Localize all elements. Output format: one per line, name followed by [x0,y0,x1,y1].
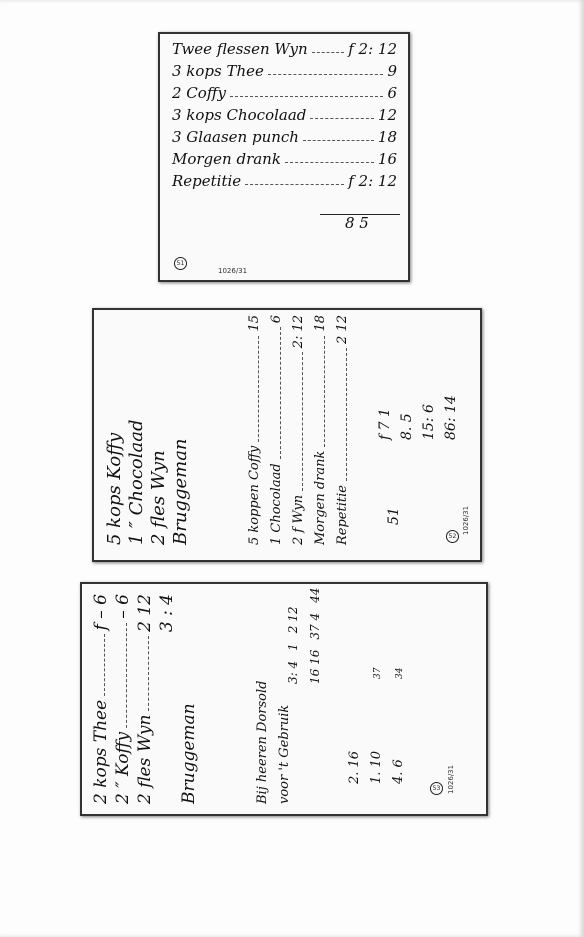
leader-dots [134,636,149,711]
line-item: Repetitief 2: 12 [172,170,397,192]
leader-dots [266,327,281,459]
line-item: 2 fles Wyn2 12 [134,594,156,804]
item-label: Repetitie [332,485,354,545]
leader-dots [312,38,345,53]
text-line: 2 12 [282,607,304,634]
item-amount: f – 6 [90,594,112,630]
receipt-calc-3: 3734 [367,619,411,679]
leader-dots [245,170,344,185]
line-item: 1 Chocolaad6 [266,315,288,545]
item-amount: f 2: 12 [348,38,397,60]
item-label: 5 koppen Coffy [244,446,266,545]
receipt-left-column: 2 kops Theef – 62 ″ Koffy– 62 fles Wyn2 … [90,594,200,804]
text-line: 44 – [304,582,326,603]
leader-dots [244,336,259,442]
receipt-item-list: 5 koppen Coffy151 Chocolaad62 f Wyn2: 12… [244,315,354,545]
text-line: Bruggeman [170,315,192,545]
item-amount: 16 [378,148,397,170]
receipt-number: 51 [174,257,187,270]
receipt-sums: f 7 18. 515: 686: 14 [374,320,462,440]
line-item: 2 ″ Koffy– 6 [112,594,134,804]
item-amount: 2 12 [134,594,156,632]
text-line: 4. 6 [388,704,410,784]
line-item: Bruggeman [178,594,200,804]
line-item: 5 koppen Coffy15 [244,315,266,545]
text-line: 5 kops Koffy [104,315,126,545]
archive-ref: 1026/31 [218,267,247,275]
text-line: 15: 6 [418,320,440,440]
receipt-51: Twee flessen Wynf 2: 123 kops Thee92 Cof… [158,32,410,282]
text-line: 37 [367,619,389,679]
line-item: Twee flessen Wynf 2: 12 [172,38,397,60]
item-label: 2 ″ Koffy [112,732,134,804]
leader-dots [268,60,384,75]
scanned-page: Twee flessen Wynf 2: 123 kops Thee92 Cof… [0,0,584,937]
text-line: 2. 16 [344,704,366,784]
item-label: Twee flessen Wyn [172,38,308,60]
line-item: Repetitie2 12 [332,315,354,545]
item-amount: 3 : 4 [156,594,178,632]
item-amount: f 2: 12 [348,170,397,192]
text-line: 2 fles Wyn [148,315,170,545]
leader-dots [303,126,374,141]
receipt-calc-2: 2. 161. 104. 6 [344,704,410,784]
item-label: 3 Glaasen punch [172,126,299,148]
item-label: 3 kops Thee [172,60,264,82]
item-amount: – 6 [112,594,134,619]
receipt-53: 2 kops Theef – 62 ″ Koffy– 62 fles Wyn2 … [80,582,488,816]
receipt-right-column: Bij heeren Dorsoldvoor 't Gebruik [252,664,296,804]
item-label: Morgen drank [310,451,332,545]
line-item: 3 kops Thee9 [172,60,397,82]
receipt-number: 52 [446,530,459,543]
item-label: Bruggeman [178,703,200,804]
archive-ref: 1026/31 [447,765,455,794]
text-line: f 7 1 [374,320,396,440]
item-amount: 2 12 [332,315,354,344]
receipt-52: 5 kops Koffy1 ″ Chocolaad2 fles WynBrugg… [92,308,482,562]
text-line: 3: 4 [282,661,304,684]
line-item: 2 Coffy6 [172,82,397,104]
leader-dots [310,104,374,119]
item-label: Repetitie [172,170,241,192]
item-amount: 9 [387,60,397,82]
text-line: 8. 5 [396,320,418,440]
text-line: voor 't Gebruik [274,664,296,804]
receipt-total: 8 5 [345,214,369,232]
archive-ref: 1026/31 [462,506,470,535]
text-line: Bij heeren Dorsold [252,664,274,804]
line-item: 3 kops Chocolaad12 [172,104,397,126]
item-amount: 12 [378,104,397,126]
item-amount: 18 [378,126,397,148]
line-item: 3 Glaasen punch18 [172,126,397,148]
item-label: 3 kops Chocolaad [172,104,306,126]
item-label: Morgen drank [172,148,281,170]
receipt-left-column: 5 kops Koffy1 ″ Chocolaad2 fles WynBrugg… [104,315,192,545]
text-line: 1 [282,643,304,651]
item-amount: 15 [244,315,266,332]
item-amount: 6 [266,315,288,323]
line-item: Morgen drank16 [172,148,397,170]
item-label: 1 Chocolaad [266,463,288,545]
text-line: 16 16 [304,650,326,684]
receipt-number: 53 [430,782,443,795]
text-line: 1 ″ Chocolaad [126,315,148,545]
leader-dots [112,623,127,728]
line-item: 2 kops Theef – 6 [90,594,112,804]
item-label: 2 kops Thee [90,700,112,804]
item-amount: 18 [310,315,332,332]
leader-dots [90,634,105,695]
leader-dots [310,336,325,447]
text-line: 37 4 [304,613,326,640]
item-label: 2 Coffy [172,82,226,104]
line-item: 2 f Wyn2: 12 [288,315,310,545]
text-line: 34 [389,619,411,679]
receipt-note: 51 [386,507,402,525]
item-amount: 6 [387,82,397,104]
leader-dots [288,352,303,491]
line-item: Morgen drank18 [310,315,332,545]
text-line: 1. 10 [366,704,388,784]
leader-dots [332,348,347,481]
item-amount: 2: 12 [288,315,310,348]
receipt-calc-1: 3: 412 1216 1637 444 – [282,582,326,684]
text-line: 86: 14 [440,320,462,440]
leader-dots [285,148,374,163]
item-label: 2 fles Wyn [134,715,156,804]
line-item: 3 : 4 [156,594,178,804]
leader-dots [230,82,384,97]
item-label: 2 f Wyn [288,495,310,545]
